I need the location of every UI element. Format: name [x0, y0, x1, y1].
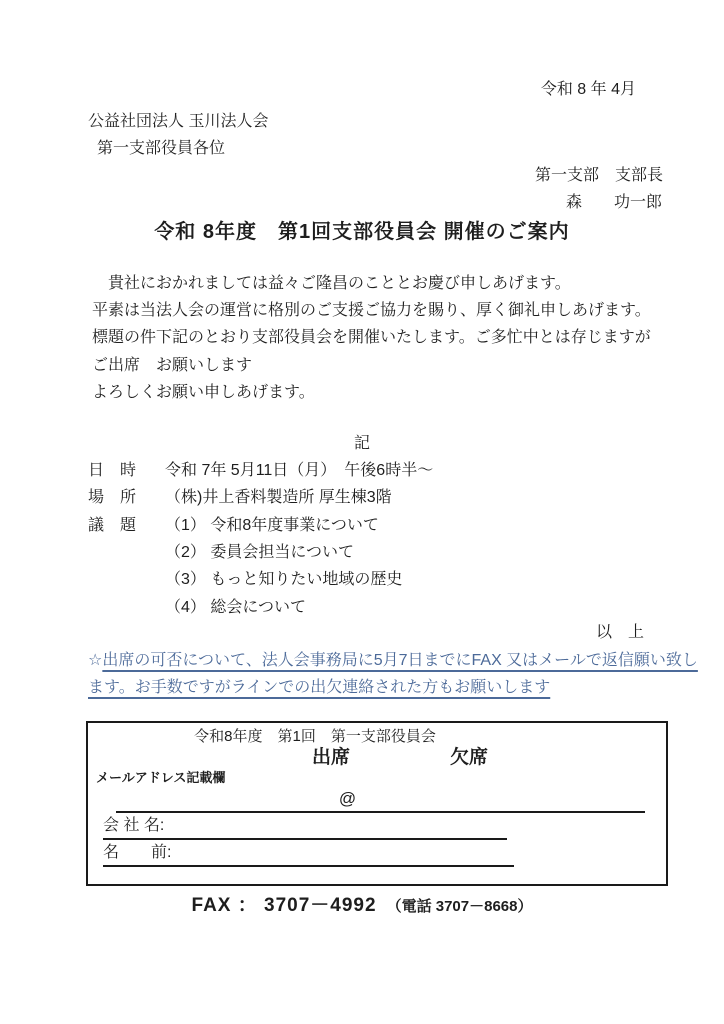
reply-notice-text-1: 出席の可否について、法人会事務局に5月7日までにFAX 又はメールで返信願い致し [102, 652, 698, 669]
reply-form-box: 令和8年度 第1回 第一支部役員会 出席 欠席 メールアドレス記載欄 @ 会 社… [86, 721, 668, 886]
agenda-item-4: （4） 総会について [0, 594, 724, 621]
closing-text: 以 上 [0, 621, 724, 645]
attendance-options: 出席 欠席 [88, 747, 666, 768]
document-title: 令和 8年度 第1回支部役員会 開催のご案内 [0, 219, 724, 246]
agenda-item-3: （3） もっと知りたい地域の歴史 [0, 566, 724, 593]
contact-line: FAX ： 3707－4992（電話 3707－8668） [0, 893, 724, 920]
star-icon: ☆ [88, 652, 102, 669]
details-heading: 記 [0, 430, 724, 457]
at-sign: @ [339, 789, 356, 808]
detail-row-datetime: 日 時令和 7年 5月11日（月） 午後6時半～ [0, 457, 724, 484]
email-label: メールアドレス記載欄 [88, 770, 666, 786]
greeting-line-3: 標題の件下記のとおり支部役員会を開催いたします。ご多忙中とは存じますが [0, 324, 724, 351]
reply-notice-line-1: ☆出席の可否について、法人会事務局に5月7日までにFAX 又はメールで返信願い致… [0, 647, 724, 674]
reply-notice-text-2: ます。お手数ですがラインでの出欠連絡された方もお願いします [88, 679, 550, 696]
sender-name: 森 功一郎 [0, 189, 724, 216]
agenda-item-2: （2） 委員会担当について [0, 539, 724, 566]
attend-option: 出席 [312, 747, 350, 768]
detail-label-place: 場 所 [88, 484, 165, 511]
greeting-line-2: 平素は当法人会の運営に格別のご支援ご協力を賜り、厚く御礼申しあげます。 [0, 297, 724, 324]
detail-row-agenda: 議 題（1） 令和8年度事業について [0, 512, 724, 539]
company-field: 会 社 名: [103, 815, 507, 840]
reply-notice: ☆出席の可否について、法人会事務局に5月7日までにFAX 又はメールで返信願い致… [0, 647, 724, 702]
name-field: 名 前: [103, 842, 514, 867]
detail-value-place: （株)井上香料製造所 厚生棟3階 [165, 489, 392, 506]
reply-notice-line-2: ます。お手数ですがラインでの出欠連絡された方もお願いします [0, 674, 724, 701]
detail-value-datetime: 令和 7年 5月11日（月） 午後6時半～ [165, 462, 433, 479]
greeting-paragraph: 貴社におかれましては益々ご隆昌のこととお慶び申しあげます。 平素は当法人会の運営… [0, 270, 724, 406]
company-field-label: 会 社 名: [103, 817, 164, 834]
phone-number: （電話 3707－8668） [387, 898, 533, 915]
detail-label-datetime: 日 時 [88, 457, 165, 484]
greeting-line-4: ご出席 お願いします [0, 352, 724, 379]
document-page: 令和 8 年 4月 公益社団法人 玉川法人会 第一支部役員各位 第一支部 支部長… [0, 0, 724, 1024]
greeting-line-1: 貴社におかれましては益々ご隆昌のこととお慶び申しあげます。 [0, 270, 724, 297]
issue-date: 令和 8 年 4月 [0, 0, 724, 103]
detail-row-place: 場 所（株)井上香料製造所 厚生棟3階 [0, 484, 724, 511]
sender-title: 第一支部 支部長 [0, 162, 724, 189]
greeting-line-5: よろしくお願い申しあげます。 [0, 379, 724, 406]
organization-name: 公益社団法人 玉川法人会 [0, 108, 724, 135]
fax-number: FAX ： 3707－4992 [192, 895, 377, 916]
email-field-line: @ [116, 786, 645, 813]
absent-option: 欠席 [450, 747, 488, 768]
name-field-label: 名 前: [103, 844, 171, 861]
addressee: 第一支部役員各位 [0, 135, 724, 162]
detail-label-agenda: 議 題 [88, 512, 165, 539]
form-title: 令和8年度 第1回 第一支部役員会 [88, 727, 666, 747]
detail-value-agenda: （1） 令和8年度事業について [165, 517, 379, 534]
